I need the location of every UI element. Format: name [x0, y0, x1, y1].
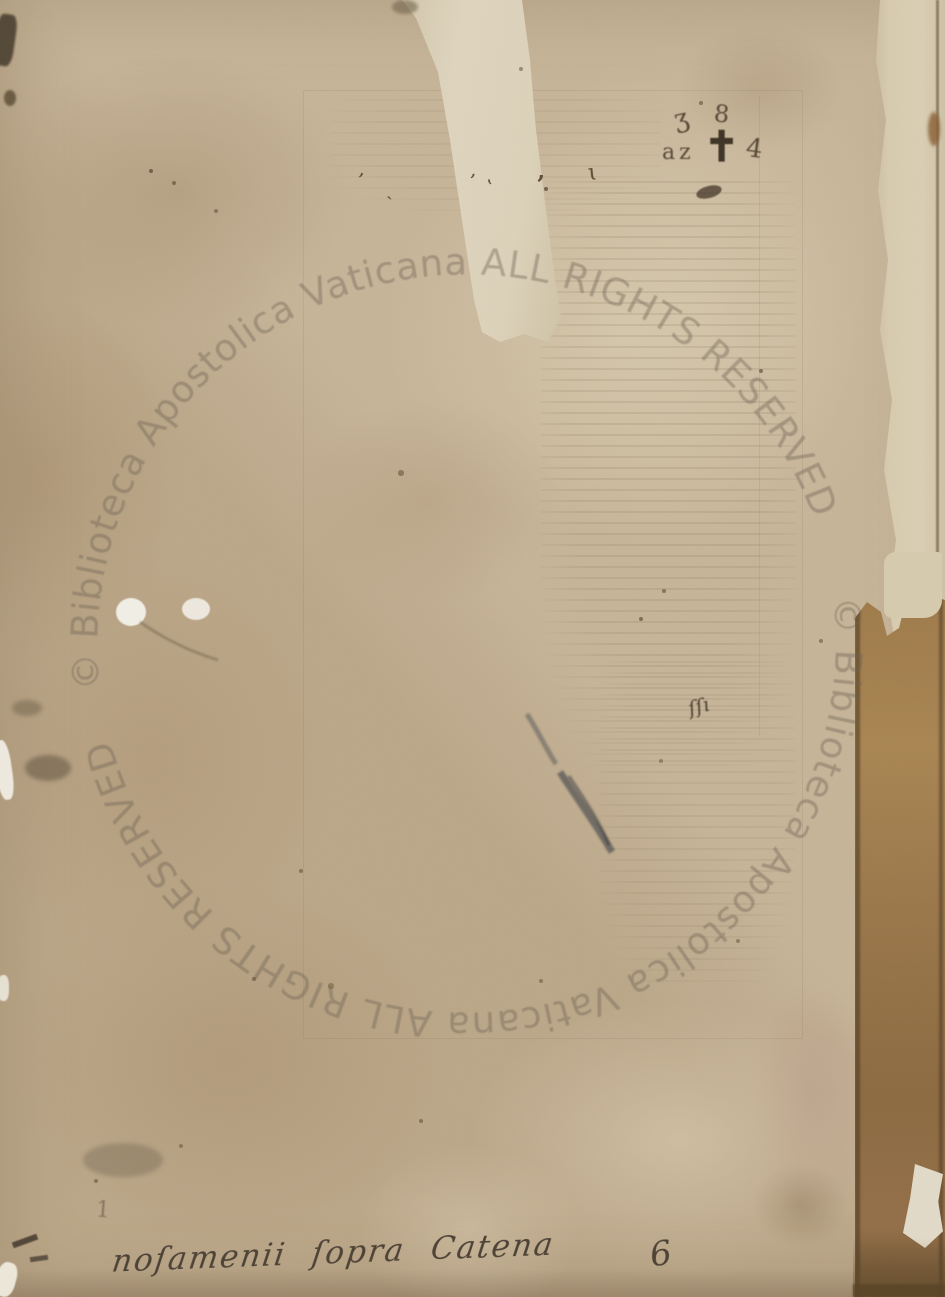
bottom-right-corner-darkening — [853, 1238, 945, 1297]
corner-shadow-line — [853, 1284, 945, 1297]
stray-ink-mark: ˏ — [386, 176, 393, 201]
margin-numeral: 1 — [95, 1198, 111, 1224]
inscription-glyph: 4 — [744, 133, 765, 165]
edge-smudge — [25, 755, 71, 781]
graphite-smudge — [83, 1143, 163, 1177]
stray-ink-mark: ʼ — [536, 170, 544, 199]
paper-loss-patch — [903, 1164, 943, 1248]
paper-tear-white-spot — [182, 598, 210, 620]
stray-ink-mark: ʽ — [486, 175, 492, 199]
paper-tear-white-spot — [116, 598, 146, 626]
shelfmark-ink-inscription: ʒ 8 az ✝ 4 — [660, 100, 790, 215]
top-edge-smudge — [392, 0, 418, 14]
printed-textblock-impression — [303, 90, 803, 1039]
manuscript-scan-page: ʒ 8 az ✝ 4 ʼ ˏ ʼ ʽ ʼ ɩ ſſı 1 noſamenii ſ… — [0, 0, 945, 1297]
ink-blot — [695, 183, 723, 201]
guard-strip-crease — [936, 0, 939, 620]
cross-ink-mark: ✝ — [704, 122, 739, 171]
corner-spot — [4, 90, 16, 106]
guard-strip-remnant — [884, 552, 942, 618]
strip-edge-shadow — [855, 592, 860, 1297]
edge-tear-white — [0, 975, 9, 1001]
edge-smudge — [12, 700, 42, 716]
rust-stain — [928, 112, 940, 146]
inscription-glyph: az — [662, 140, 695, 165]
binding-glue-strip — [855, 592, 945, 1297]
foxing-specks — [0, 0, 2, 2]
inscription-glyph: ʒ — [671, 103, 692, 135]
